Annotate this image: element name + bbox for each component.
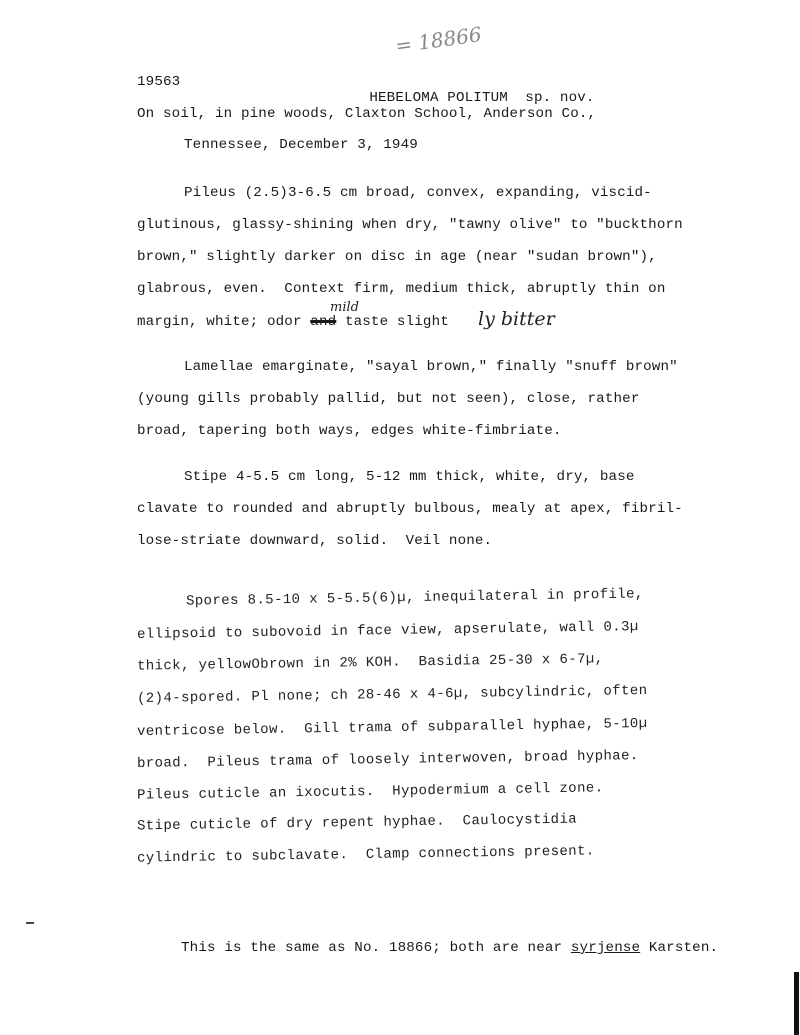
text-fragment: Karsten. (640, 940, 718, 956)
species-name: HEBELOMA POLITUM (369, 90, 508, 106)
text-fragment: taste slight (336, 314, 449, 330)
struck-word: and (310, 314, 336, 330)
microscopy-line: Stipe cuticle of dry repent hyphae. Caul… (137, 812, 577, 835)
species-designation: sp. nov. (525, 90, 594, 106)
handwritten-cross-reference: = 18866 (394, 22, 483, 58)
pileus-line: Pileus (2.5)3-6.5 cm broad, convex, expa… (184, 185, 652, 201)
stipe-line: lose-striate downward, solid. Veil none. (137, 533, 492, 549)
species-title: HEBELOMA POLITUM sp. nov. (352, 74, 595, 106)
closing-note: This is the same as No. 18866; both are … (181, 940, 718, 956)
microscopy-line: cylindric to subclavate. Clamp connectio… (137, 843, 595, 866)
lamellae-line: Lamellae emarginate, "sayal brown," fina… (184, 359, 678, 375)
microscopy-line: Pileus cuticle an ixocutis. Hypodermium … (137, 780, 604, 803)
handwritten-suffix: ly bitter (478, 308, 555, 330)
microscopy-line: ventricose below. Gill trama of subparal… (137, 716, 648, 740)
locality-line-1: On soil, in pine woods, Claxton School, … (137, 106, 596, 122)
scan-mark (26, 922, 34, 924)
collection-number: 19563 (137, 74, 180, 90)
microscopy-line: broad. Pileus trama of loosely interwove… (137, 748, 639, 772)
microscopy-line: Spores 8.5-10 x 5-5.5(6)µ, inequilateral… (186, 586, 644, 609)
locality-line-2: Tennessee, December 3, 1949 (184, 137, 418, 153)
text-fragment: This is the same as No. 18866; both are … (181, 940, 571, 956)
pileus-line: glutinous, glassy-shining when dry, "taw… (137, 217, 683, 233)
microscopy-line: (2)4-spored. Pl none; ch 28-46 x 4-6µ, s… (137, 683, 648, 707)
underlined-epithet: syrjense (571, 940, 640, 956)
pileus-line-last: margin, white; odor and taste slight (137, 314, 449, 330)
microscopy-line: thick, yellowObrown in 2% KOH. Basidia 2… (137, 651, 604, 674)
text-fragment: margin, white; odor (137, 314, 310, 330)
pileus-line: brown," slightly darker on disc in age (… (137, 249, 657, 265)
handwritten-insert: mild (330, 300, 359, 315)
text-fragment: . (546, 314, 555, 330)
stipe-line: Stipe 4-5.5 cm long, 5-12 mm thick, whit… (184, 469, 635, 485)
lamellae-line: (young gills probably pallid, but not se… (137, 391, 640, 407)
scan-edge-bar (794, 972, 799, 1035)
pileus-line: glabrous, even. Context firm, medium thi… (137, 281, 666, 297)
microscopy-line: ellipsoid to subovoid in face view, apse… (137, 619, 639, 643)
stipe-line: clavate to rounded and abruptly bulbous,… (137, 501, 683, 517)
lamellae-line: broad, tapering both ways, edges white-f… (137, 423, 562, 439)
